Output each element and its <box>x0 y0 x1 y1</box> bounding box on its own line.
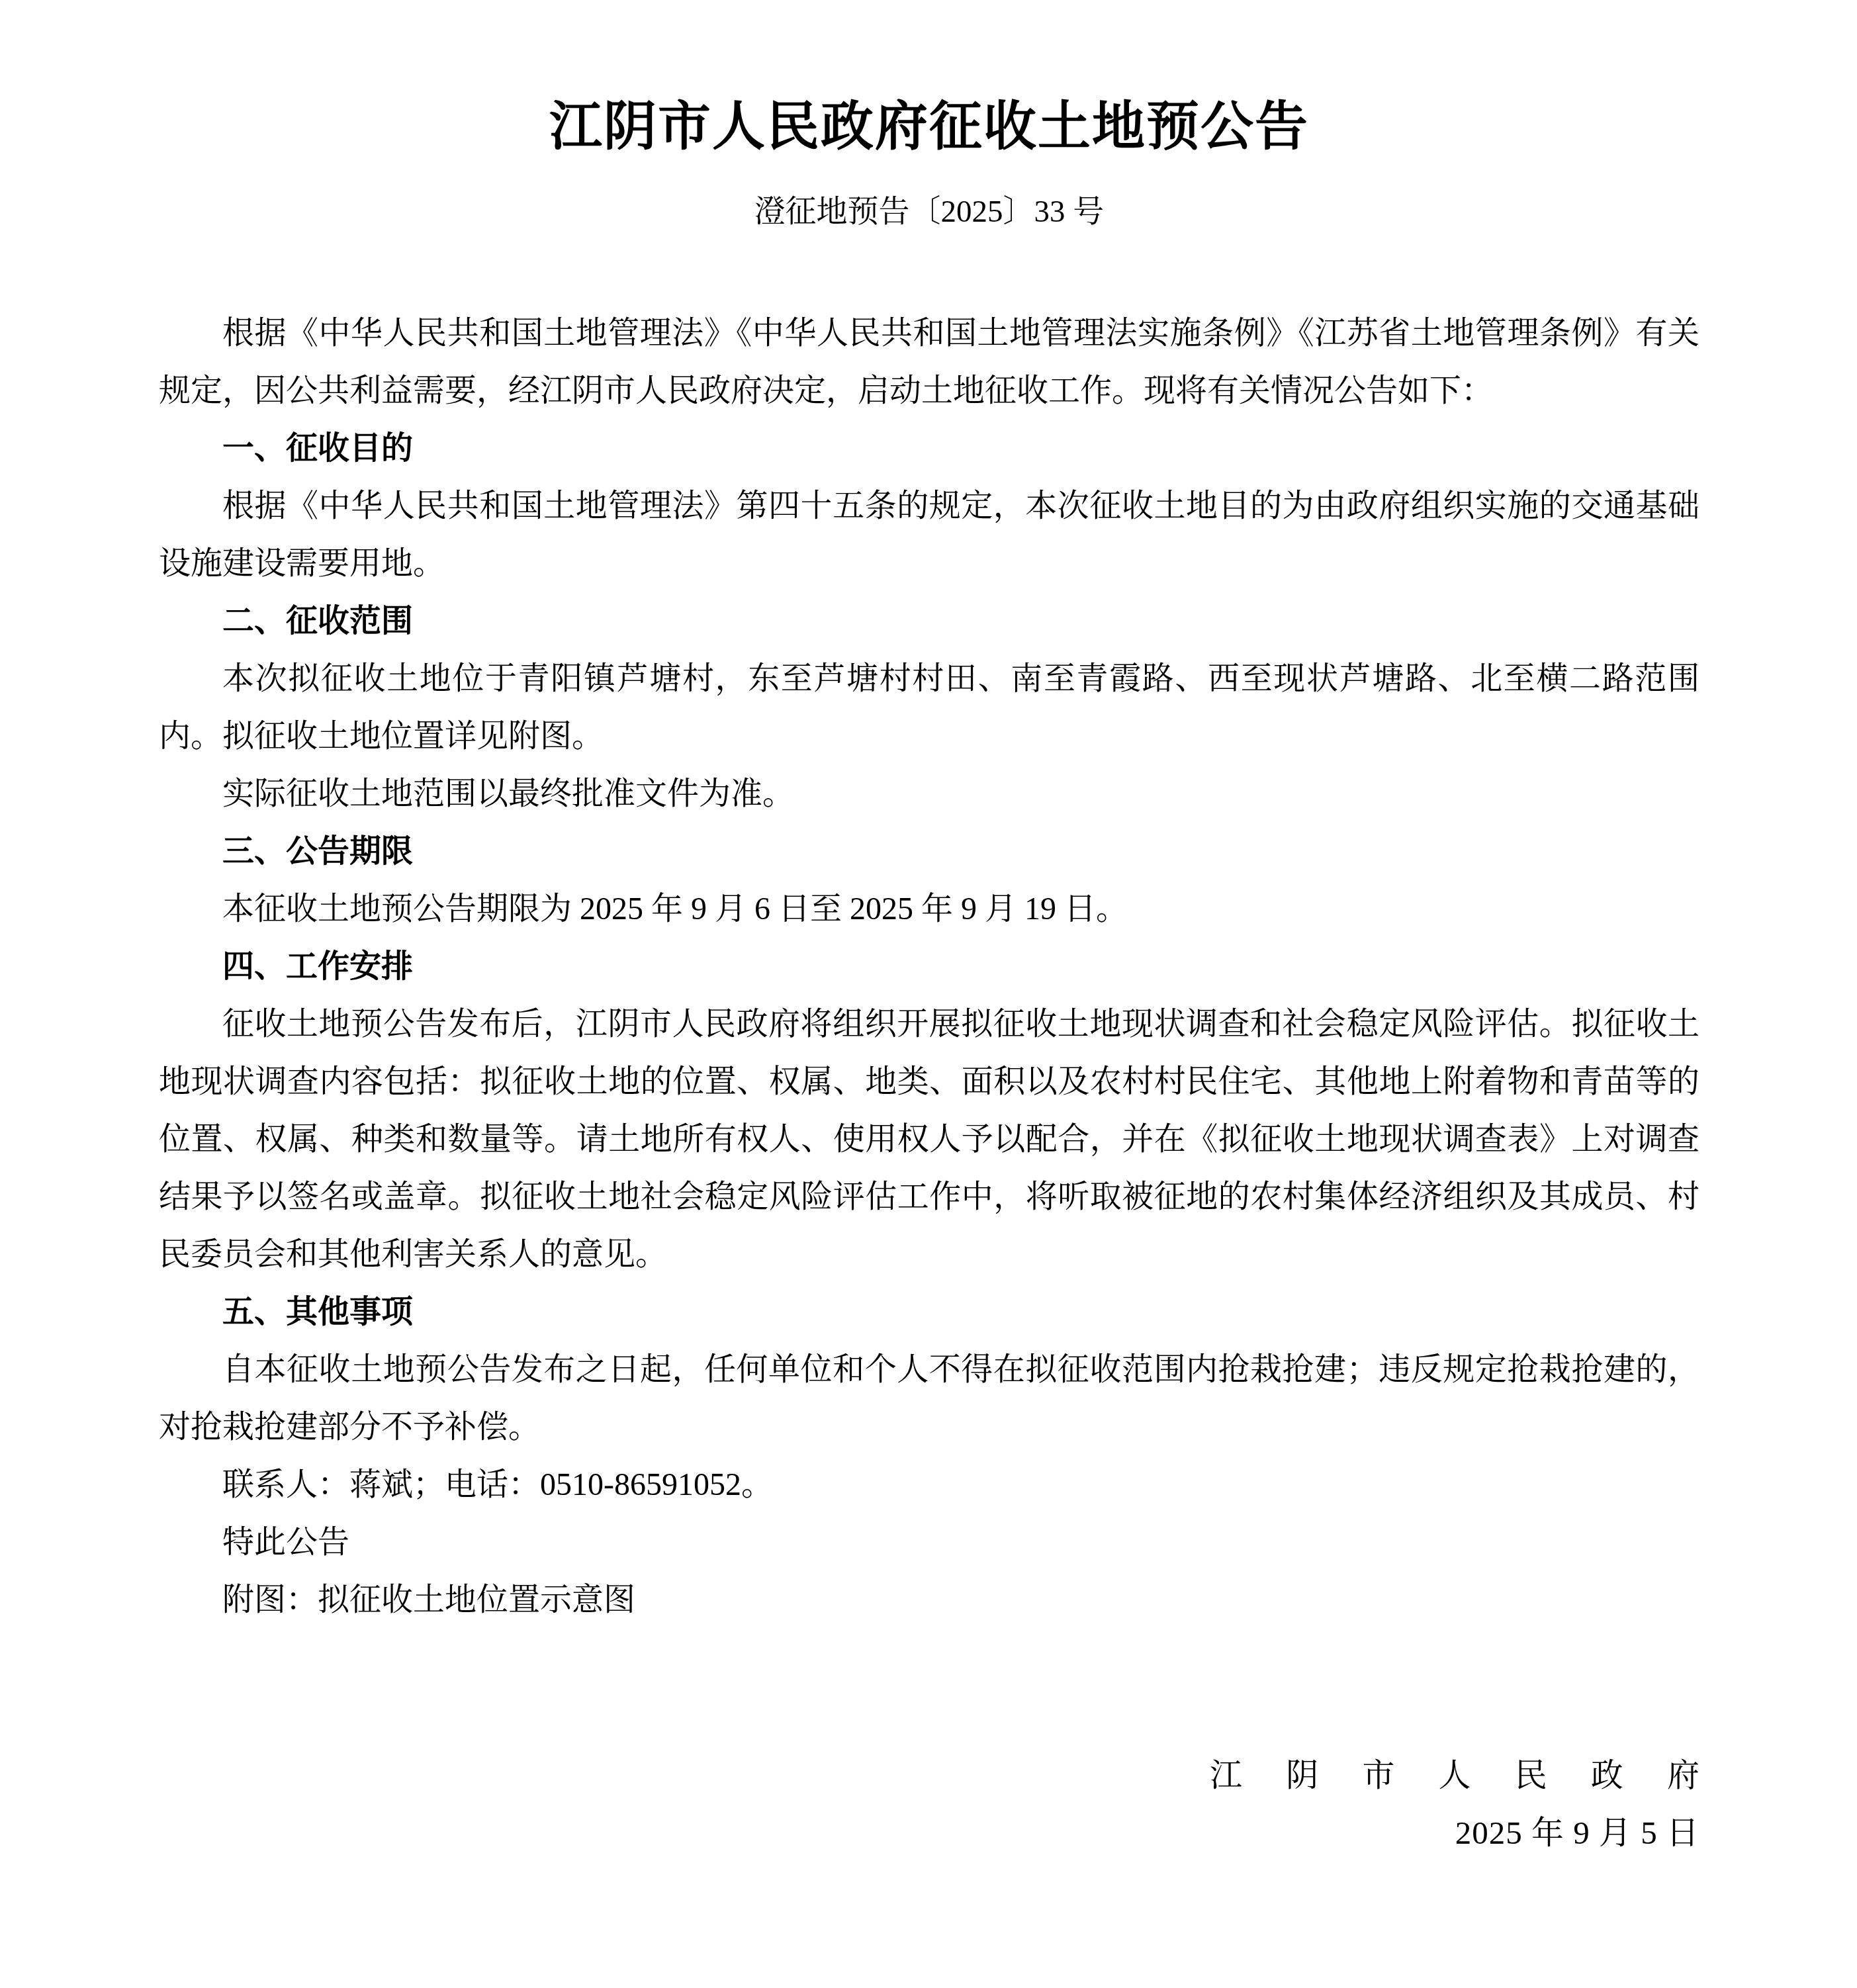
intro-paragraph: 根据《中华人民共和国土地管理法》《中华人民共和国土地管理法实施条例》《江苏省土地… <box>159 304 1699 420</box>
document-title: 江阴市人民政府征收土地预公告 <box>159 98 1699 156</box>
section-paragraph: 自本征收土地预公告发布之日起，任何单位和个人不得在拟征收范围内抢栽抢建；违反规定… <box>159 1341 1699 1456</box>
signature-issuer: 江 阴 市 人 民 政 府 <box>159 1746 1717 1804</box>
section-paragraph: 根据《中华人民共和国土地管理法》第四十五条的规定，本次征收土地目的为由政府组织实… <box>159 477 1699 592</box>
section-heading: 二、征收范围 <box>159 592 1699 650</box>
section-paragraph: 本次拟征收土地位于青阳镇芦塘村，东至芦塘村村田、南至青霞路、西至现状芦塘路、北至… <box>159 650 1699 765</box>
section-paragraph: 实际征收土地范围以最终批准文件为准。 <box>159 765 1699 823</box>
section-paragraph: 附图：拟征收土地位置示意图 <box>159 1571 1699 1629</box>
signature-date: 2025 年 9 月 5 日 <box>159 1804 1699 1862</box>
sections-container: 一、征收目的根据《中华人民共和国土地管理法》第四十五条的规定，本次征收土地目的为… <box>159 420 1699 1629</box>
document-body: 根据《中华人民共和国土地管理法》《中华人民共和国土地管理法实施条例》《江苏省土地… <box>159 304 1699 1629</box>
section-paragraph: 本征收土地预公告期限为 2025 年 9 月 6 日至 2025 年 9 月 1… <box>159 880 1699 938</box>
document-number: 澄征地预告〔2025〕33 号 <box>159 193 1699 230</box>
section-heading: 一、征收目的 <box>159 420 1699 477</box>
section-paragraph: 征收土地预公告发布后，江阴市人民政府将组织开展拟征收土地现状调查和社会稳定风险评… <box>159 995 1699 1283</box>
section-paragraph: 特此公告 <box>159 1514 1699 1571</box>
section-heading: 四、工作安排 <box>159 938 1699 995</box>
signature-block: 江 阴 市 人 民 政 府 2025 年 9 月 5 日 <box>159 1746 1699 1862</box>
document-page: 江阴市人民政府征收土地预公告 澄征地预告〔2025〕33 号 根据《中华人民共和… <box>0 0 1857 1988</box>
section-heading: 三、公告期限 <box>159 823 1699 880</box>
section-heading: 五、其他事项 <box>159 1283 1699 1341</box>
section-paragraph: 联系人：蒋斌；电话：0510-86591052。 <box>159 1456 1699 1514</box>
